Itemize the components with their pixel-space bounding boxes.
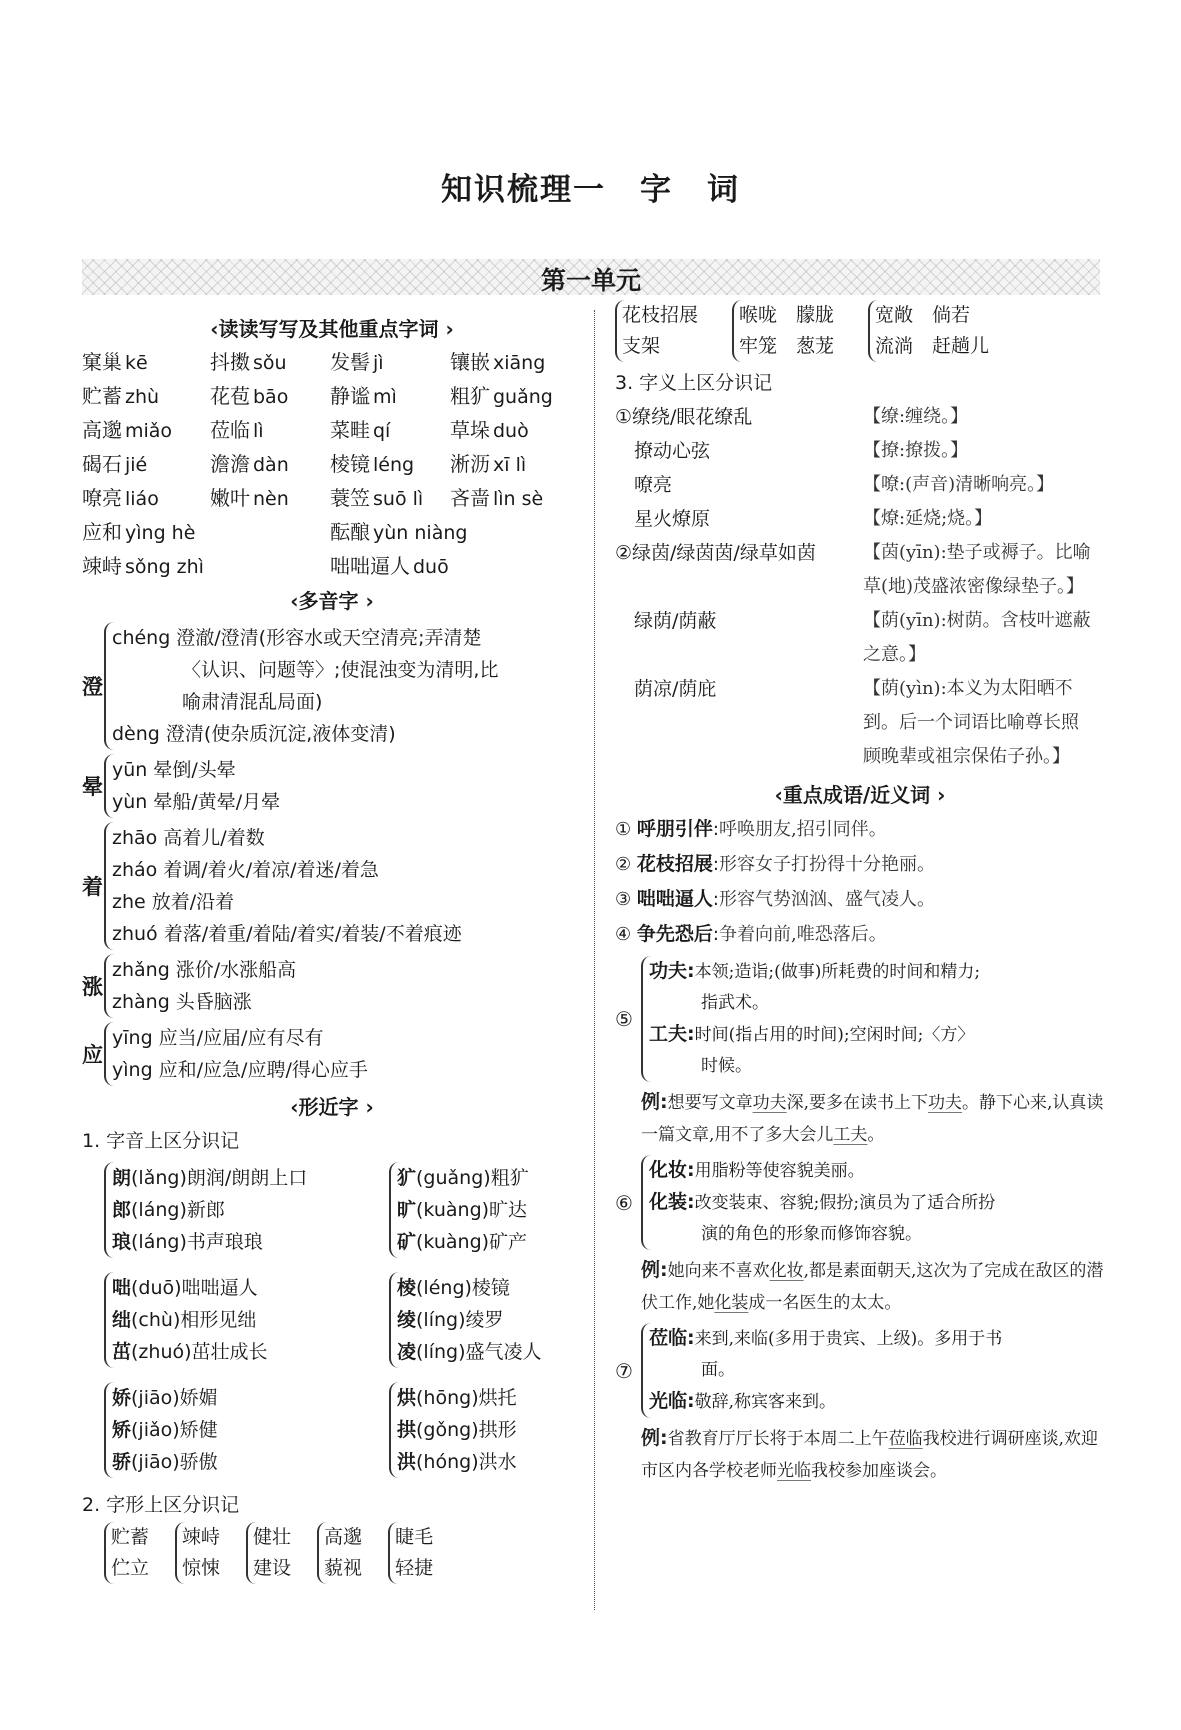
example-words: 放着/沿着 [152, 891, 234, 913]
pinyin: xī lì [493, 454, 526, 476]
meaning-words: ②绿茵/绿茵茵/绿草如茵 [615, 536, 863, 604]
word-text: 嫩叶 [210, 486, 250, 510]
key-word: 高邈miǎo [82, 414, 210, 448]
idiom-item: ① 呼朋引伴:呼唤朋友,招引同伴。 [615, 812, 1105, 847]
key-word: 棱镜léng [330, 448, 450, 482]
example-word: 娇媚 [180, 1387, 218, 1409]
polyphone-line: zhe放着/沿着 [112, 886, 462, 918]
section-heading-idioms: 重点成语/近义词 [615, 778, 1105, 812]
word-text: 抖擞 [210, 350, 250, 374]
key-word: 菜畦qí [330, 414, 450, 448]
similar-char-group: 犷(guǎng)粗犷旷(kuàng)旷达矿(kuàng)矿产 [389, 1162, 589, 1258]
pair-word: 竦峙 [182, 1522, 220, 1553]
char: 棱 [397, 1277, 416, 1299]
word-text: 草垛 [450, 418, 490, 442]
pinyin: bāo [253, 386, 288, 408]
word-text: 高邈 [82, 418, 122, 442]
word-text: 澹澹 [210, 452, 250, 476]
key-word: 抖擞sǒu [210, 346, 330, 380]
pinyin: (láng) [131, 1199, 187, 1221]
idiom-definition: 形容女子打扮得十分艳丽。 [719, 854, 935, 875]
key-word: 吝啬lìn sè [450, 482, 582, 516]
pinyin: zháo [112, 859, 157, 881]
polyphone-line: yūn晕倒/头晕 [112, 754, 280, 786]
polyphone-group: 涨zhǎng涨价/水涨船高zhàng头昏脑涨 [82, 954, 582, 1018]
example-word: 朗润/朗朗上口 [187, 1167, 307, 1189]
similar-char-group: 娇(jiāo)娇媚矫(jiǎo)矫健骄(jiāo)骄傲 [104, 1382, 389, 1478]
word-pair: 贮蓄伫立 [104, 1522, 149, 1584]
char: 郎 [112, 1199, 131, 1221]
polyphone-char: 晕 [82, 771, 104, 801]
example-7: 例:省教育厅厅长将于本周二上午莅临我校进行调研座谈,欢迎市区内各学校老师光临我校… [615, 1422, 1105, 1487]
column-divider [594, 310, 595, 1610]
polyphone-line: yùn晕船/黄晕/月晕 [112, 786, 280, 818]
pinyin: dèng [112, 723, 160, 745]
synonym-group-7: ⑦ 莅临:来到,来临(多用于贵宾、上级)。多用于书 面。 光临:敬辞,称宾客来到… [615, 1323, 1105, 1418]
char: 咄 [112, 1277, 131, 1299]
similar-char-line: 朗(lǎng)朗润/朗朗上口 [112, 1162, 389, 1194]
pinyin: (guǎng) [416, 1167, 491, 1189]
pair-word: 健壮 [253, 1522, 291, 1553]
example-word: 拱形 [479, 1419, 517, 1441]
title-main: 知识梳理一 [441, 172, 606, 208]
idiom-definition: 争着向前,唯恐落后。 [719, 924, 887, 945]
polyphone-group: 晕yūn晕倒/头晕yùn晕船/黄晕/月晕 [82, 754, 582, 818]
idiom-number: ② [615, 854, 631, 875]
key-word: 发髻jì [330, 346, 450, 380]
meaning-row: ①缭绕/眼花缭乱【缭:缠绕。】 [615, 400, 1105, 434]
pinyin: zhe [112, 891, 146, 913]
word-pair: 竦峙惊悚 [175, 1522, 220, 1584]
subheading-meaning: 3. 字义上区分识记 [615, 366, 1105, 400]
key-word: 静谧mì [330, 380, 450, 414]
pinyin: lìn sè [493, 488, 543, 510]
meaning-row: 星火燎原【燎:延烧;烧。】 [615, 502, 1105, 536]
example-word: 烘托 [479, 1387, 517, 1409]
pinyin: liáo [125, 488, 159, 510]
left-column: 读读写写及其他重点字词 窠巢kē抖擞sǒu发髻jì镶嵌xiāng贮蓄zhù花苞b… [82, 312, 582, 1584]
similar-char-line: 茁(zhuó)茁壮成长 [112, 1336, 389, 1368]
idiom-item: ④ 争先恐后:争着向前,唯恐落后。 [615, 917, 1105, 952]
pinyin: (duō) [131, 1277, 182, 1299]
key-word [450, 550, 582, 584]
similar-char-line: 烘(hōng)烘托 [397, 1382, 589, 1414]
polyphone-readings: chéng澄澈/澄清(形容水或天空清亮;弄清楚〈认识、问题等〉;使混浊变为清明,… [104, 622, 498, 750]
word-text: 蓑笠 [330, 486, 370, 510]
char: 旷 [397, 1199, 416, 1221]
word-text: 碣石 [82, 452, 122, 476]
pinyin: zhǎng [112, 959, 170, 981]
key-word: 花苞bāo [210, 380, 330, 414]
idiom-word: 争先恐后 [637, 923, 713, 945]
pinyin: (jiāo) [131, 1387, 180, 1409]
page-title: 知识梳理一字词 [0, 164, 1181, 209]
pinyin: (gǒng) [416, 1419, 479, 1441]
similar-char-line: 郎(láng)新郎 [112, 1194, 389, 1226]
word-text: 莅临 [210, 418, 250, 442]
similar-char-line: 棱(léng)棱镜 [397, 1272, 589, 1304]
pinyin: jié [125, 454, 147, 476]
polyphone-readings: zhāo高着儿/着数zháo着调/着火/着凉/着迷/着急zhe放着/沿着zhuó… [104, 822, 462, 950]
pair-word: 高邈 [324, 1522, 362, 1553]
example-word: 茁壮成长 [192, 1341, 268, 1363]
pinyin: lì [253, 420, 264, 442]
polyphone-readings: zhǎng涨价/水涨船高zhàng头昏脑涨 [104, 954, 296, 1018]
word-text: 镶嵌 [450, 350, 490, 374]
pinyin: (líng) [416, 1341, 466, 1363]
idiom-number: ① [615, 819, 631, 840]
pinyin: yūn [112, 759, 147, 781]
word-pair: 高邈藐视 [317, 1522, 362, 1584]
similar-char-line: 矫(jiǎo)矫健 [112, 1414, 389, 1446]
example-word: 粗犷 [491, 1167, 529, 1189]
pinyin: (hóng) [416, 1451, 479, 1473]
example-words: 着调/着火/着凉/着迷/着急 [163, 859, 379, 881]
polyphone-char: 涨 [82, 971, 104, 1001]
char: 茁 [112, 1341, 131, 1363]
meaning-definition: 【缭:缠绕。】 [863, 400, 1095, 434]
similar-char-line: 拱(gǒng)拱形 [397, 1414, 589, 1446]
pinyin: chéng [112, 627, 170, 649]
key-word: 应和yìng hè [82, 516, 210, 550]
section-heading-key-words: 读读写写及其他重点字词 [82, 312, 582, 346]
shape-pairs: 贮蓄伫立竦峙惊悚健壮建设高邈藐视睫毛轻捷 [104, 1522, 582, 1584]
pinyin: xiāng [493, 352, 545, 374]
pinyin: sǒng zhì [125, 556, 204, 578]
example-word: 咄咄逼人 [182, 1277, 258, 1299]
word-text: 吝啬 [450, 486, 490, 510]
pinyin: guǎng [493, 386, 553, 408]
polyphone-line: chéng澄澈/澄清(形容水或天空清亮;弄清楚 [112, 622, 498, 654]
pinyin: zhāo [112, 827, 157, 849]
pinyin: kē [125, 352, 148, 374]
key-word [450, 516, 582, 550]
pair-word: 喉咙 朦胧 [739, 300, 834, 331]
example-6: 例:她向来不喜欢化妆,都是素面朝天,这次为了完成在敌区的潜伏工作,她化装成一名医… [615, 1254, 1105, 1319]
word-text: 棱镜 [330, 452, 370, 476]
meaning-row: 绿荫/荫蔽【荫(yīn):树荫。含枝叶遮蔽之意。】 [615, 604, 1105, 672]
key-word: 碣石jié [82, 448, 210, 482]
char: 洪 [397, 1451, 416, 1473]
polyphone-line: zhāo高着儿/着数 [112, 822, 462, 854]
unit-banner: 第一单元 [82, 259, 1100, 295]
pinyin: qí [373, 420, 390, 442]
meaning-definition: 【燎:延烧;烧。】 [863, 502, 1095, 536]
pair-word: 流淌 赶趟儿 [875, 331, 989, 362]
example-words: 晕船/黄晕/月晕 [153, 791, 280, 813]
similar-char-line: 咄(duō)咄咄逼人 [112, 1272, 389, 1304]
polyphone-line: zhuó着落/着重/着陆/着实/着装/不着痕迹 [112, 918, 462, 950]
similar-char-line: 绫(líng)绫罗 [397, 1304, 589, 1336]
pinyin: (kuàng) [416, 1231, 489, 1253]
idiom-word: 咄咄逼人 [637, 888, 713, 910]
polyphone-list: 澄chéng澄澈/澄清(形容水或天空清亮;弄清楚〈认识、问题等〉;使混浊变为清明… [82, 622, 582, 1086]
char: 骄 [112, 1451, 131, 1473]
word-text: 粗犷 [450, 384, 490, 408]
pair-word: 睫毛 [395, 1522, 433, 1553]
pair-word: 惊悚 [182, 1553, 220, 1584]
example-word: 相形见绌 [180, 1309, 256, 1331]
key-word: 嘹亮liáo [82, 482, 210, 516]
shape-pairs-continued: 花枝招展支架喉咙 朦胧牢笼 葱茏宽敞 倘若流淌 赶趟儿 [615, 300, 1105, 362]
pair-word: 建设 [253, 1553, 291, 1584]
polyphone-readings: yūn晕倒/头晕yùn晕船/黄晕/月晕 [104, 754, 280, 818]
polyphone-group: 澄chéng澄澈/澄清(形容水或天空清亮;弄清楚〈认识、问题等〉;使混浊变为清明… [82, 622, 582, 750]
unit-title: 第一单元 [533, 261, 649, 297]
idiom-item: ② 花枝招展:形容女子打扮得十分艳丽。 [615, 847, 1105, 882]
char: 绫 [397, 1309, 416, 1331]
pair-word: 藐视 [324, 1553, 362, 1584]
polyphone-line: 喻肃清混乱局面) [112, 686, 498, 718]
char: 绌 [112, 1309, 131, 1331]
key-word: 莅临lì [210, 414, 330, 448]
char: 娇 [112, 1387, 131, 1409]
example-words: 喻肃清混乱局面) [182, 691, 322, 713]
word-pair: 宽敞 倘若流淌 赶趟儿 [868, 300, 989, 362]
key-word: 澹澹dàn [210, 448, 330, 482]
pinyin: (láng) [131, 1231, 187, 1253]
synonym-group-5: ⑤ 功夫:本领;造诣;(做事)所耗费的时间和精力; 指武术。 工夫:时间(指占用… [615, 956, 1105, 1082]
key-words-grid: 窠巢kē抖擞sǒu发髻jì镶嵌xiāng贮蓄zhù花苞bāo静谧mì粗犷guǎn… [82, 346, 582, 584]
example-5: 例:想要写文章功夫深,要多在读书上下功夫。静下心来,认真读一篇文章,用不了多大会… [615, 1086, 1105, 1151]
pinyin: (chù) [131, 1309, 180, 1331]
word-text: 花苞 [210, 384, 250, 408]
example-words: 晕倒/头晕 [153, 759, 235, 781]
pinyin: suō lì [373, 488, 423, 510]
char: 拱 [397, 1419, 416, 1441]
example-word: 洪水 [479, 1451, 517, 1473]
idiom-number: ③ [615, 889, 631, 910]
key-word: 草垛duò [450, 414, 582, 448]
polyphone-readings: yīng应当/应届/应有尽有yìng应和/应急/应聘/得心应手 [104, 1022, 368, 1086]
char: 烘 [397, 1387, 416, 1409]
pinyin: mì [373, 386, 397, 408]
char: 犷 [397, 1167, 416, 1189]
pair-word: 贮蓄 [111, 1522, 149, 1553]
word-text: 发髻 [330, 350, 370, 374]
example-words: 涨价/水涨船高 [176, 959, 296, 981]
word-pair: 睫毛轻捷 [388, 1522, 433, 1584]
polyphone-line: dèng澄清(使杂质沉淀,液体变清) [112, 718, 498, 750]
example-words: 澄澈/澄清(形容水或天空清亮;弄清楚 [176, 627, 481, 649]
pinyin: (jiǎo) [131, 1419, 180, 1441]
example-word: 矫健 [180, 1419, 218, 1441]
word-text: 咄咄逼人 [330, 554, 410, 578]
pinyin: (jiāo) [131, 1451, 180, 1473]
key-word: 镶嵌xiāng [450, 346, 582, 380]
example-words: 应和/应急/应聘/得心应手 [159, 1059, 368, 1081]
key-word [210, 550, 330, 584]
similar-char-group: 棱(léng)棱镜绫(líng)绫罗凌(líng)盛气凌人 [389, 1272, 589, 1368]
similar-char-group: 朗(lǎng)朗润/朗朗上口郎(láng)新郎琅(láng)书声琅琅 [104, 1162, 389, 1258]
idiom-definition: 形容气势汹汹、盛气凌人。 [719, 889, 935, 910]
example-word: 棱镜 [472, 1277, 510, 1299]
pinyin: yīng [112, 1027, 153, 1049]
word-text: 静谧 [330, 384, 370, 408]
idiom-number: ④ [615, 924, 631, 945]
polyphone-line: zhàng头昏脑涨 [112, 986, 296, 1018]
meaning-definition: 【嘹:(声音)清晰响亮。】 [863, 468, 1095, 502]
polyphone-group: 应yīng应当/应届/应有尽有yìng应和/应急/应聘/得心应手 [82, 1022, 582, 1086]
example-word: 骄傲 [180, 1451, 218, 1473]
pair-word: 伫立 [111, 1553, 149, 1584]
pair-word: 轻捷 [395, 1553, 433, 1584]
synonym-group-6: ⑥ 化妆:用脂粉等使容貌美丽。 化装:改变装束、容貌;假扮;演员为了适合所扮 演… [615, 1155, 1105, 1250]
section-heading-similar-chars: 形近字 [82, 1090, 582, 1124]
similar-char-group: 烘(hōng)烘托拱(gǒng)拱形洪(hóng)洪水 [389, 1382, 589, 1478]
section-heading-polyphones: 多音字 [82, 584, 582, 618]
similar-char-line: 矿(kuàng)矿产 [397, 1226, 589, 1258]
meaning-words: 嘹亮 [615, 468, 863, 502]
key-word: 粗犷guǎng [450, 380, 582, 414]
pinyin: miǎo [125, 420, 172, 442]
pinyin: yìng [112, 1059, 153, 1081]
example-word: 盛气凌人 [466, 1341, 542, 1363]
word-pair: 花枝招展支架 [615, 300, 698, 362]
meaning-words: 撩动心弦 [615, 434, 863, 468]
idiom-definition: 呼唤朋友,招引同伴。 [719, 819, 887, 840]
example-words: 头昏脑涨 [176, 991, 252, 1013]
pinyin: (léng) [416, 1277, 472, 1299]
pinyin: (hōng) [416, 1387, 479, 1409]
example-words: 着落/着重/着陆/着实/着装/不着痕迹 [164, 923, 462, 945]
char: 矫 [112, 1419, 131, 1441]
word-text: 嘹亮 [82, 486, 122, 510]
meaning-words: 荫凉/荫庇 [615, 672, 863, 774]
key-word: 淅沥xī lì [450, 448, 582, 482]
pinyin: yùn [112, 791, 147, 813]
pinyin: duō [413, 556, 449, 578]
char: 朗 [112, 1167, 131, 1189]
similar-char-line: 骄(jiāo)骄傲 [112, 1446, 389, 1478]
similar-chars-grid: 朗(lǎng)朗润/朗朗上口郎(láng)新郎琅(láng)书声琅琅犷(guǎn… [104, 1158, 582, 1488]
pinyin: (zhuó) [131, 1341, 192, 1363]
example-word: 矿产 [489, 1231, 527, 1253]
example-words: 高着儿/着数 [163, 827, 264, 849]
pinyin: sǒu [253, 352, 287, 374]
pinyin: duò [493, 420, 529, 442]
word-text: 菜畦 [330, 418, 370, 442]
similar-char-line: 绌(chù)相形见绌 [112, 1304, 389, 1336]
meaning-words: 绿荫/荫蔽 [615, 604, 863, 672]
pair-word: 宽敞 倘若 [875, 300, 989, 331]
similar-char-line: 洪(hóng)洪水 [397, 1446, 589, 1478]
similar-char-group: 咄(duō)咄咄逼人绌(chù)相形见绌茁(zhuó)茁壮成长 [104, 1272, 389, 1368]
idiom-word: 花枝招展 [637, 853, 713, 875]
meaning-definition: 【茵(yīn):垫子或褥子。比喻草(地)茂盛浓密像绿垫子。】 [863, 536, 1095, 604]
pinyin: dàn [253, 454, 289, 476]
polyphone-group: 着zhāo高着儿/着数zháo着调/着火/着凉/着迷/着急zhe放着/沿着zhu… [82, 822, 582, 950]
right-column: 花枝招展支架喉咙 朦胧牢笼 葱茏宽敞 倘若流淌 赶趟儿 3. 字义上区分识记 ①… [615, 300, 1105, 1487]
word-text: 应和 [82, 520, 122, 544]
similar-char-line: 娇(jiāo)娇媚 [112, 1382, 389, 1414]
polyphone-line: yìng应和/应急/应聘/得心应手 [112, 1054, 368, 1086]
meaning-definition: 【荫(yìn):本义为太阳晒不到。后一个词语比喻尊长照顾晚辈或祖宗保佑子孙。】 [863, 672, 1095, 774]
meaning-definition: 【撩:撩拨。】 [863, 434, 1095, 468]
subheading-pronunciation: 1. 字音上区分识记 [82, 1124, 582, 1158]
pinyin: léng [373, 454, 414, 476]
pair-word: 牢笼 葱茏 [739, 331, 834, 362]
pinyin: (lǎng) [131, 1167, 187, 1189]
polyphone-line: zháo着调/着火/着凉/着迷/着急 [112, 854, 462, 886]
key-word: 窠巢kē [82, 346, 210, 380]
meaning-row: 嘹亮【嘹:(声音)清晰响亮。】 [615, 468, 1105, 502]
word-pair: 健壮建设 [246, 1522, 291, 1584]
meaning-row: 荫凉/荫庇【荫(yìn):本义为太阳晒不到。后一个词语比喻尊长照顾晚辈或祖宗保佑… [615, 672, 1105, 774]
pinyin: nèn [253, 488, 289, 510]
pinyin: jì [373, 352, 384, 374]
pair-word: 支架 [622, 331, 698, 362]
char: 琅 [112, 1231, 131, 1253]
polyphone-line: 〈认识、问题等〉;使混浊变为清明,比 [112, 654, 498, 686]
word-text: 竦峙 [82, 554, 122, 578]
word-text: 淅沥 [450, 452, 490, 476]
example-word: 书声琅琅 [187, 1231, 263, 1253]
key-word: 贮蓄zhù [82, 380, 210, 414]
meaning-row: ②绿茵/绿茵茵/绿草如茵【茵(yīn):垫子或褥子。比喻草(地)茂盛浓密像绿垫子… [615, 536, 1105, 604]
polyphone-char: 应 [82, 1039, 104, 1069]
polyphone-char: 澄 [82, 671, 104, 701]
example-words: 〈认识、问题等〉;使混浊变为清明,比 [182, 659, 498, 681]
idiom-word: 呼朋引伴 [637, 818, 713, 840]
meaning-list: ①缭绕/眼花缭乱【缭:缠绕。】 撩动心弦【撩:撩拨。】 嘹亮【嘹:(声音)清晰响… [615, 400, 1105, 774]
meaning-definition: 【荫(yīn):树荫。含枝叶遮蔽之意。】 [863, 604, 1095, 672]
idiom-list: ① 呼朋引伴:呼唤朋友,招引同伴。② 花枝招展:形容女子打扮得十分艳丽。③ 咄咄… [615, 812, 1105, 952]
meaning-words: ①缭绕/眼花缭乱 [615, 400, 863, 434]
key-word: 酝酿yùn niàng [330, 516, 450, 550]
char: 矿 [397, 1231, 416, 1253]
title-char-2: 词 [707, 172, 740, 208]
key-word: 咄咄逼人duō [330, 550, 450, 584]
meaning-row: 撩动心弦【撩:撩拨。】 [615, 434, 1105, 468]
title-char-1: 字 [640, 172, 673, 208]
word-text: 酝酿 [330, 520, 370, 544]
polyphone-line: yīng应当/应届/应有尽有 [112, 1022, 368, 1054]
key-word [210, 516, 330, 550]
similar-char-line: 凌(líng)盛气凌人 [397, 1336, 589, 1368]
example-words: 澄清(使杂质沉淀,液体变清) [166, 723, 396, 745]
polyphone-line: zhǎng涨价/水涨船高 [112, 954, 296, 986]
meaning-words: 星火燎原 [615, 502, 863, 536]
example-word: 绫罗 [466, 1309, 504, 1331]
example-words: 应当/应届/应有尽有 [159, 1027, 324, 1049]
word-pair: 喉咙 朦胧牢笼 葱茏 [732, 300, 834, 362]
key-word: 竦峙sǒng zhì [82, 550, 210, 584]
similar-char-line: 犷(guǎng)粗犷 [397, 1162, 589, 1194]
pinyin: zhuó [112, 923, 158, 945]
pinyin: (líng) [416, 1309, 466, 1331]
pinyin: (kuàng) [416, 1199, 489, 1221]
pinyin: zhù [125, 386, 159, 408]
word-text: 窠巢 [82, 350, 122, 374]
similar-char-line: 琅(láng)书声琅琅 [112, 1226, 389, 1258]
pinyin: zhàng [112, 991, 170, 1013]
idiom-item: ③ 咄咄逼人:形容气势汹汹、盛气凌人。 [615, 882, 1105, 917]
key-word: 嫩叶nèn [210, 482, 330, 516]
example-word: 旷达 [489, 1199, 527, 1221]
key-word: 蓑笠suō lì [330, 482, 450, 516]
polyphone-char: 着 [82, 871, 104, 901]
subheading-shape: 2. 字形上区分识记 [82, 1488, 582, 1522]
word-text: 贮蓄 [82, 384, 122, 408]
char: 凌 [397, 1341, 416, 1363]
similar-char-line: 旷(kuàng)旷达 [397, 1194, 589, 1226]
pair-word: 花枝招展 [622, 300, 698, 331]
example-word: 新郎 [187, 1199, 225, 1221]
pinyin: yìng hè [125, 522, 195, 544]
